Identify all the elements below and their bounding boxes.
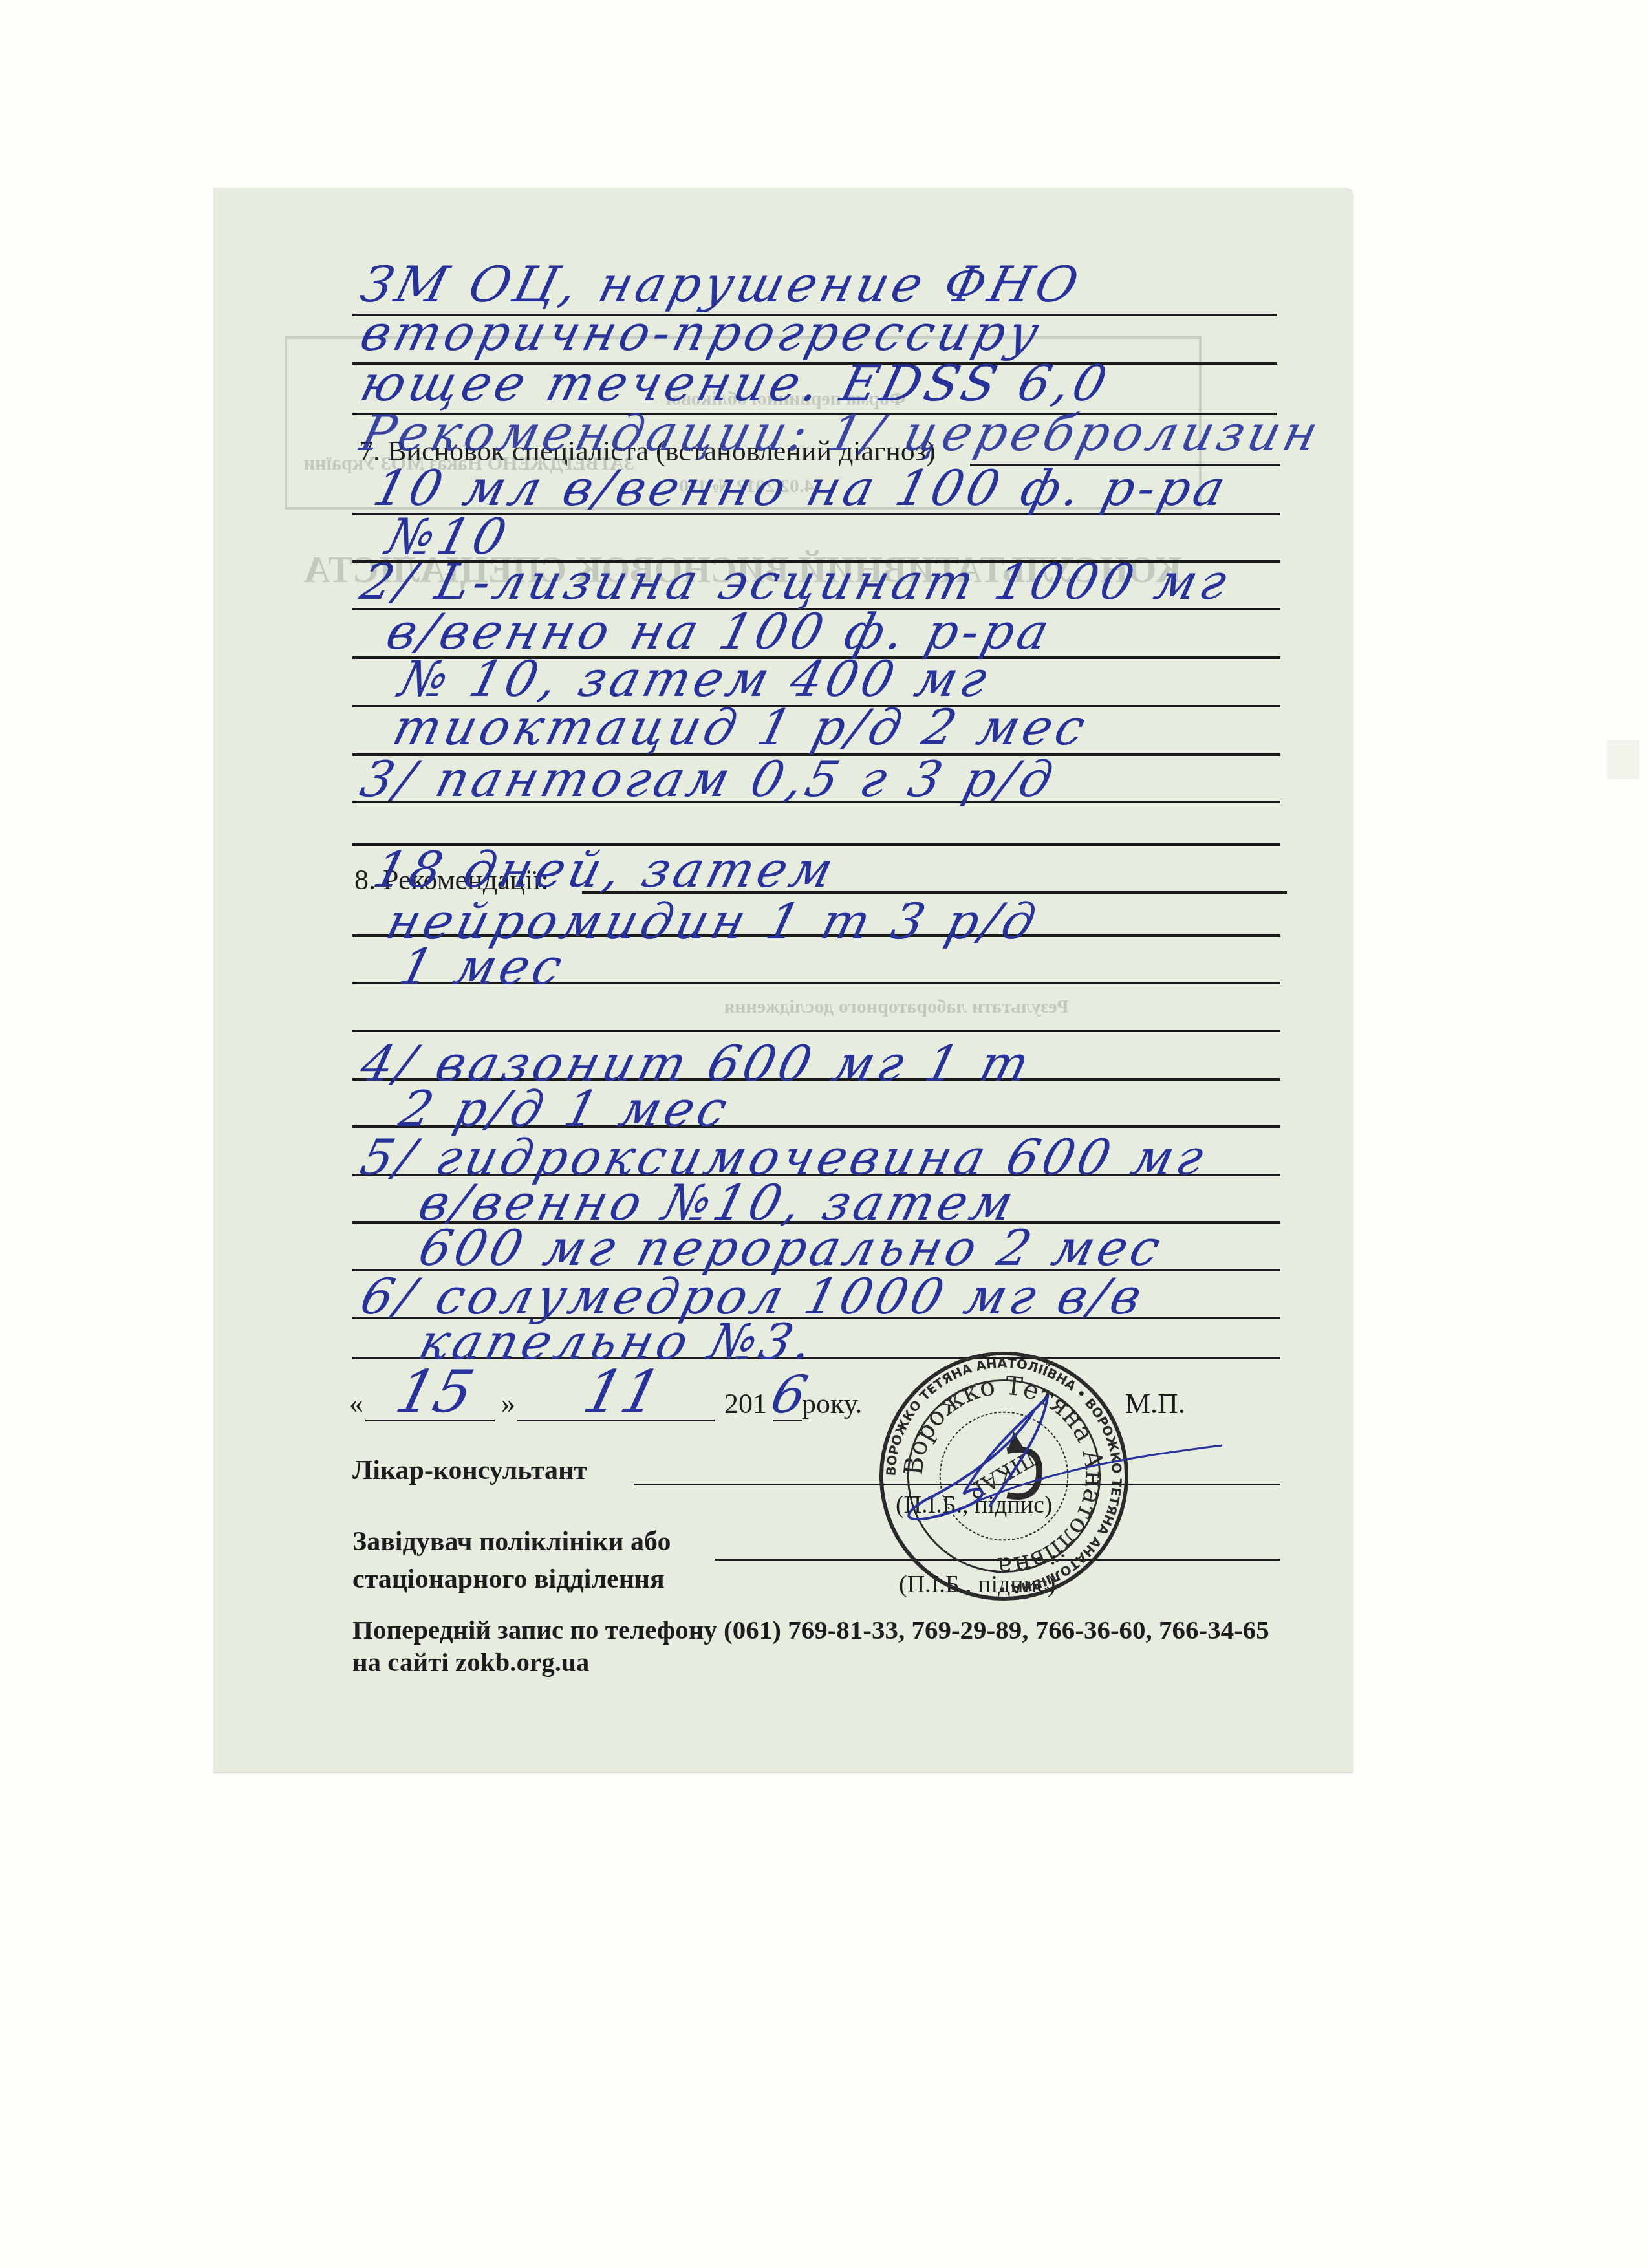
- bleed-through-results: Результати лабораторного дослідження: [724, 996, 1069, 1018]
- doctor-signature: [886, 1371, 1222, 1526]
- handwritten-line: вторично-прогрессиру: [355, 304, 1049, 362]
- handwritten-line: Рекомендации: 1/ церебролизин: [355, 404, 1328, 462]
- head-label-line1: Завідувач поліклініки або: [352, 1526, 671, 1557]
- date-open-quote: «: [349, 1387, 363, 1420]
- handwritten-line: 18 дней, затем: [368, 841, 843, 898]
- footer-website: на сайті zokb.org.ua: [352, 1647, 589, 1678]
- handwritten-line: тиоктацид 1 р/д 2 мес: [387, 698, 1095, 756]
- handwritten-line: капельно №3.: [413, 1313, 823, 1370]
- handwritten-line: 1 мес: [394, 938, 572, 995]
- date-year-prefix: 201: [724, 1387, 767, 1420]
- date-year-word: року.: [802, 1387, 862, 1420]
- date-close-quote: »: [501, 1387, 515, 1420]
- handwritten-line: 3/ пантогам 0,5 г 3 р/д: [355, 750, 1062, 808]
- scan-artifact: [1607, 740, 1639, 779]
- footer-phone: Попередній запис по телефону (061) 769-8…: [352, 1614, 1269, 1645]
- doctor-label: Лікар-консультант: [352, 1455, 587, 1486]
- handwritten-line: 2/ L-лизина эсцинат 1000 мг: [355, 553, 1236, 610]
- rule-line: [352, 1030, 1280, 1032]
- handwritten-line: ющее течение. EDSS 6,0: [355, 354, 1116, 412]
- head-label-line2: стаціонарного відділення: [352, 1564, 665, 1595]
